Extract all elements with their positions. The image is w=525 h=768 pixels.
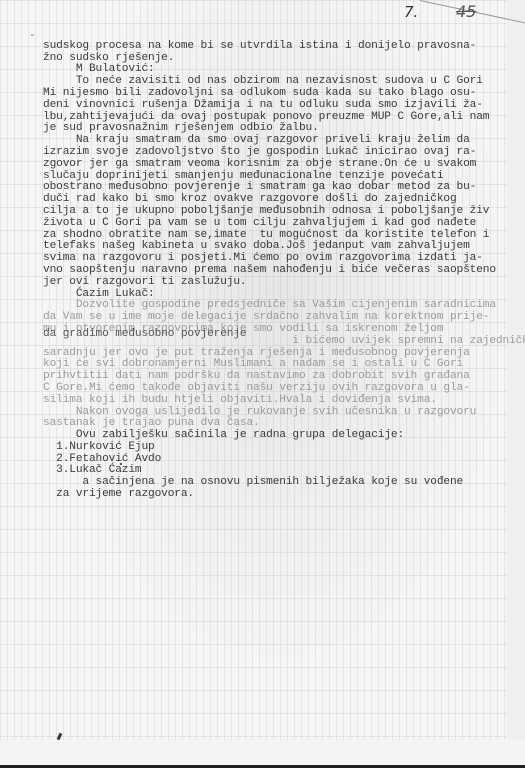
- speaker-bulatovic: M Bulatović:: [76, 63, 155, 75]
- text-line: C Gore.Mi ćemo takođe objaviti našu verz…: [43, 383, 513, 395]
- overstrike-text: da gradimo međusobno povjerenje: [43, 329, 246, 341]
- margin-dash-mark: -: [29, 30, 36, 42]
- text-line: sudskog procesa na kome bi se utvrdila i…: [43, 41, 513, 53]
- speaker-lukac: Ćazim Lukač:: [76, 288, 155, 300]
- text-line: cilja a to je ukupno poboljšanje međusob…: [43, 206, 513, 218]
- text-line: zgovor jer ga smatram veoma korisnim za …: [43, 159, 513, 171]
- text-line: Mi nijesmo bili zadovoljni sa odlukom su…: [43, 88, 513, 100]
- typewritten-document: sudskog procesa na kome bi se utvrdila i…: [43, 29, 513, 513]
- text-line: za vrijeme razgovora.: [43, 489, 513, 501]
- text-line: izrazim svoje zadovoljstvo što je gospod…: [43, 147, 513, 159]
- text-line: deni vinovnici rušenja Džamija i na tu o…: [43, 100, 513, 112]
- text-line: vno saopštenju naravno prema našem nahođ…: [43, 265, 513, 277]
- overstruck-text-line: mu i otvorenim razgovorima koje smo vodi…: [43, 324, 513, 336]
- text-line: života u C Gori pa vam se u tom cilju za…: [43, 218, 513, 230]
- handwritten-page-number: 7.: [404, 3, 418, 21]
- page-bottom-margin: [0, 740, 525, 766]
- handwritten-page-mark: 45: [456, 2, 476, 21]
